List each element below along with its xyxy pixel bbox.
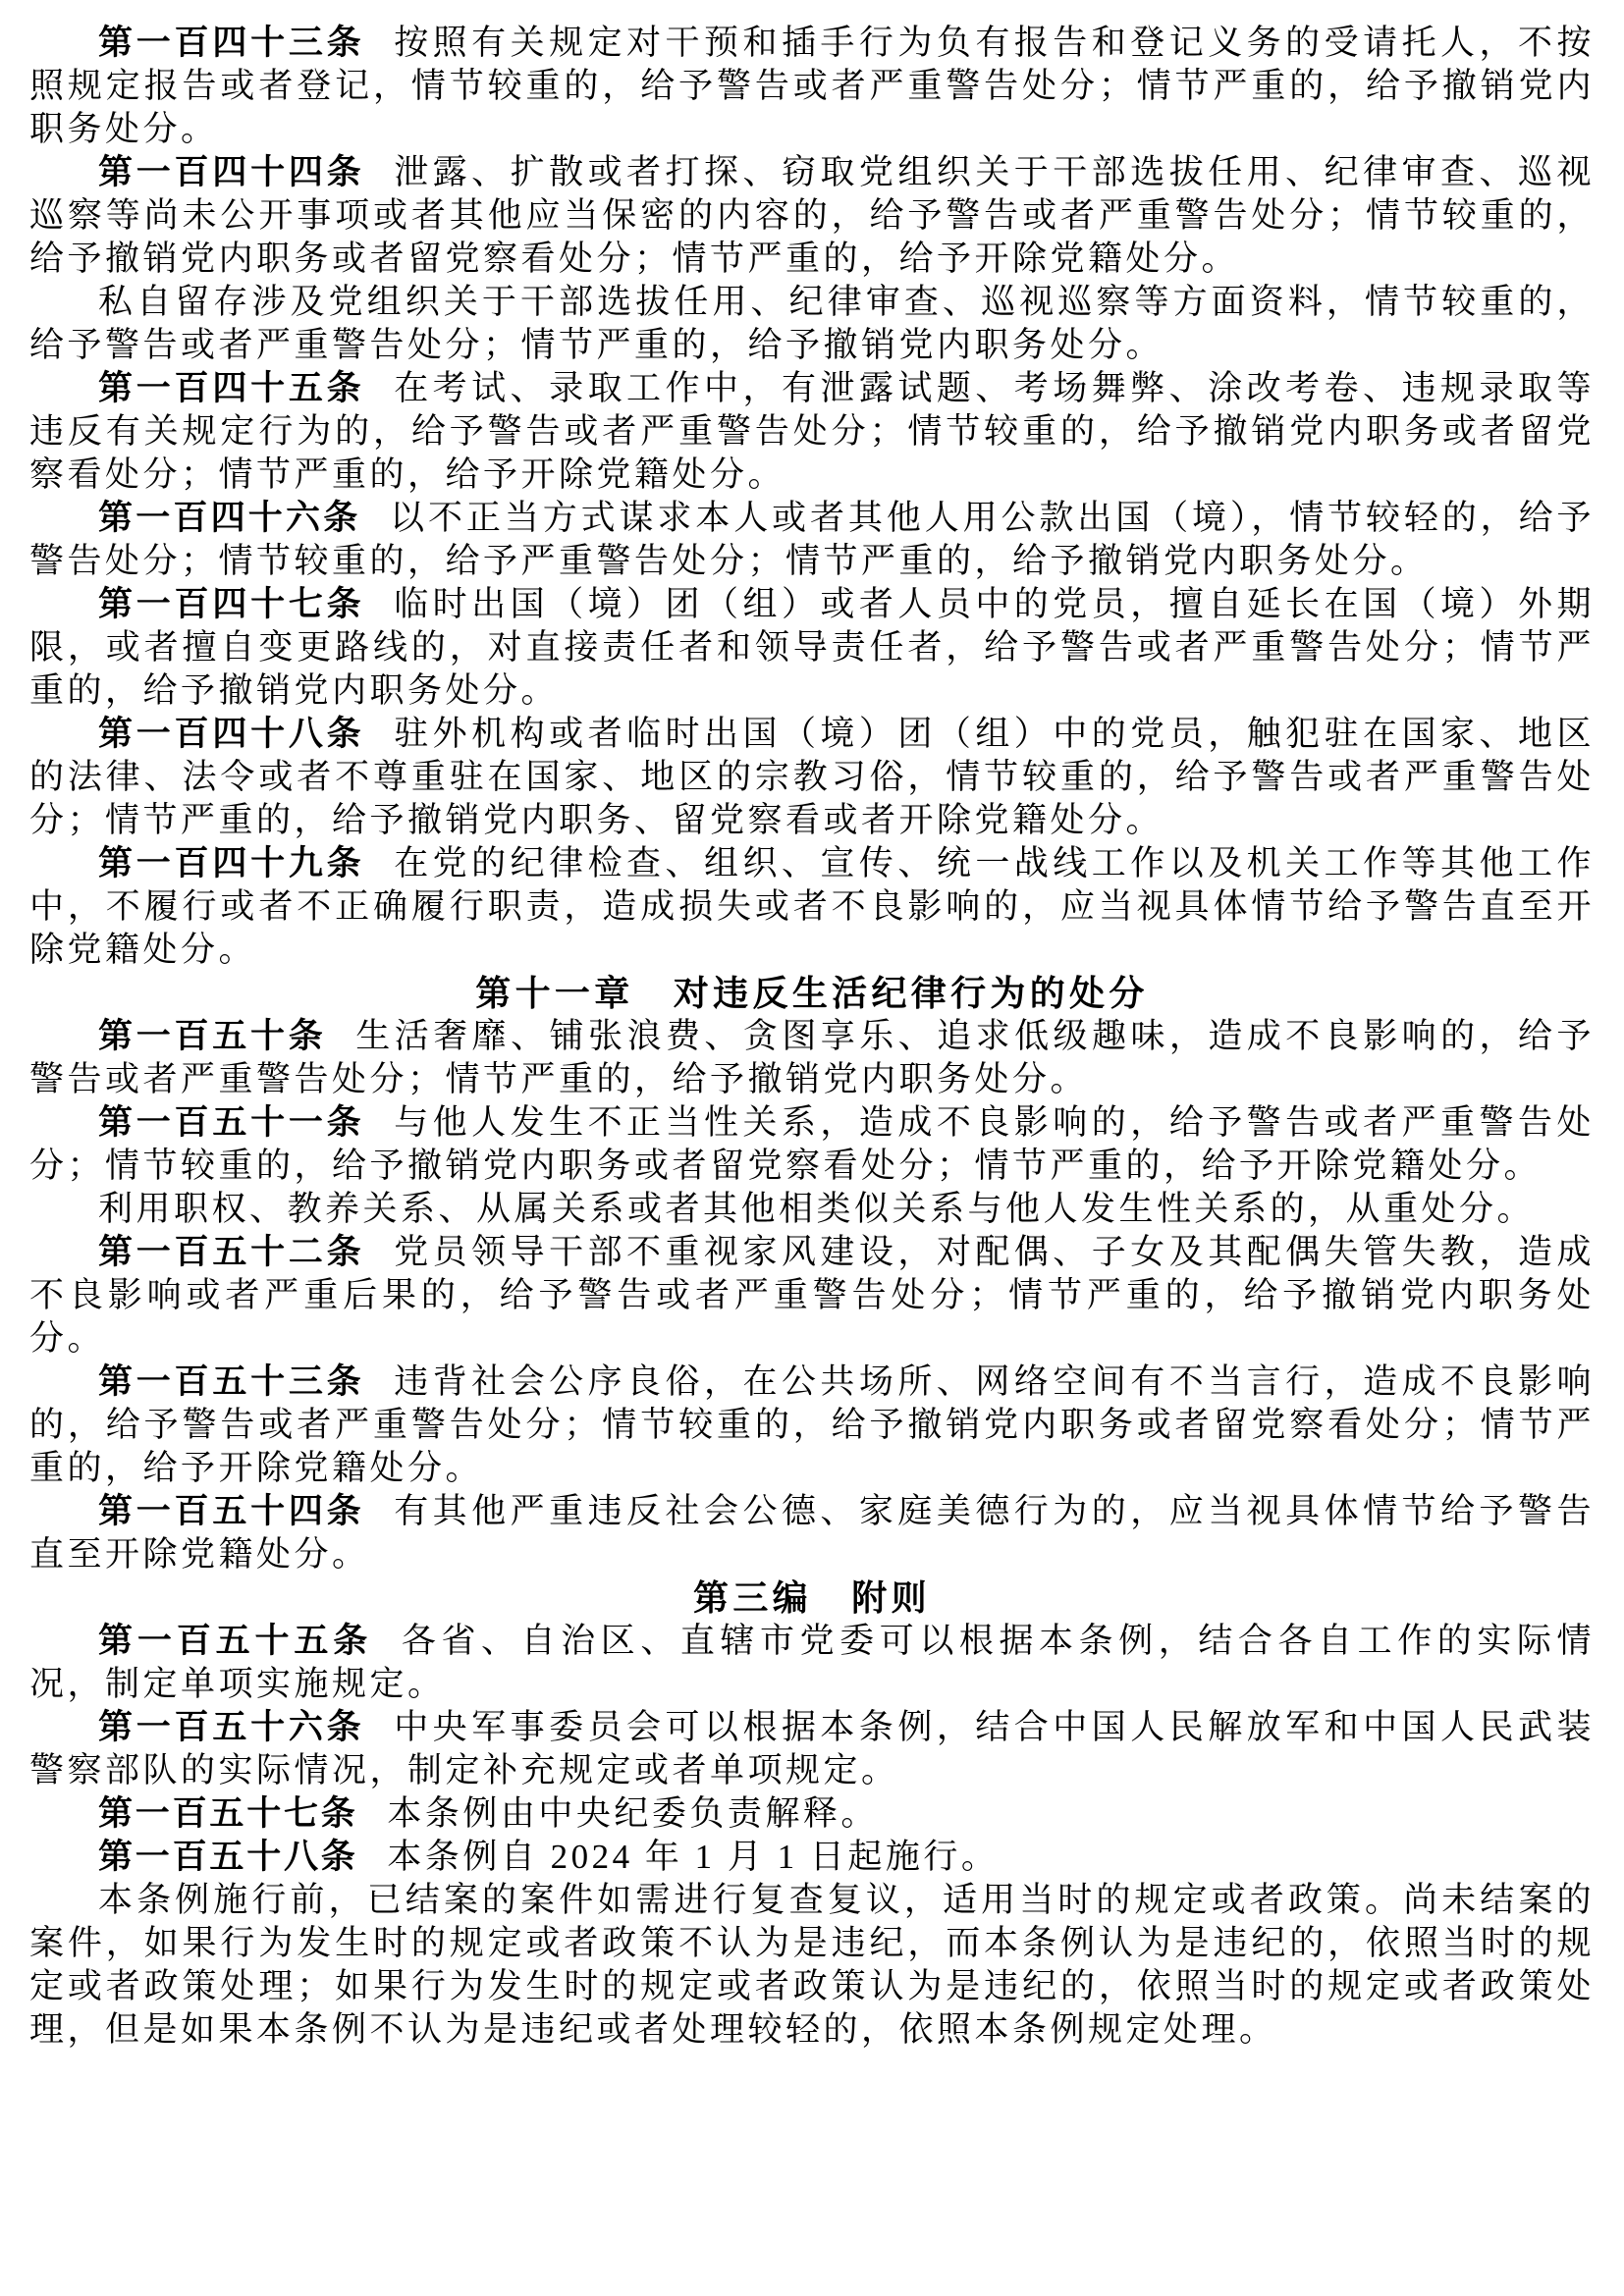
article-text: 本条例自 2024 年 1 月 1 日起施行。 (387, 1838, 999, 1876)
article-152: 第一百五十二条党员领导干部不重视家风建设，对配偶、子女及其配偶失管失教，造成不良… (29, 1231, 1595, 1361)
article-144: 第一百四十四条泄露、扩散或者打探、窃取党组织关于干部选拔任用、纪律审查、巡视巡察… (29, 151, 1595, 281)
part-3-heading: 第三编 附则 (29, 1576, 1595, 1620)
article-153: 第一百五十三条违背社会公序良俗，在公共场所、网络空间有不当言行，造成不良影响的，… (29, 1361, 1595, 1490)
article-number: 第一百四十四条 (98, 153, 364, 191)
article-144-para-2: 私自留存涉及党组织关于干部选拔任用、纪律审查、巡视巡察等方面资料，情节较重的，给… (29, 281, 1595, 367)
document-page: 第一百四十三条按照有关规定对干预和插手行为负有报告和登记义务的受请托人，不按照规… (0, 0, 1624, 2296)
article-number: 第一百四十五条 (98, 369, 364, 407)
article-157: 第一百五十七条本条例由中央纪委负责解释。 (29, 1792, 1595, 1836)
document-body: 第一百四十三条按照有关规定对干预和插手行为负有报告和登记义务的受请托人，不按照规… (29, 22, 1595, 2052)
article-145: 第一百四十五条在考试、录取工作中，有泄露试题、考场舞弊、涂改考卷、违规录取等违反… (29, 367, 1595, 497)
article-number: 第一百五十二条 (98, 1233, 364, 1271)
article-number: 第一百五十五条 (98, 1622, 372, 1660)
article-number: 第一百四十八条 (98, 715, 364, 753)
article-158: 第一百五十八条本条例自 2024 年 1 月 1 日起施行。 (29, 1836, 1595, 1879)
article-text: 本条例施行前，已结案的案件如需进行复查复议，适用当时的规定或者政策。尚未结案的案… (29, 1881, 1595, 2049)
article-158-para-2: 本条例施行前，已结案的案件如需进行复查复议，适用当时的规定或者政策。尚未结案的案… (29, 1879, 1595, 2052)
article-151: 第一百五十一条与他人发生不正当性关系，造成不良影响的，给予警告或者严重警告处分；… (29, 1101, 1595, 1188)
article-155: 第一百五十五条各省、自治区、直辖市党委可以根据本条例，结合各自工作的实际情况，制… (29, 1620, 1595, 1706)
article-147: 第一百四十七条临时出国（境）团（组）或者人员中的党员，擅自延长在国（境）外期限，… (29, 583, 1595, 713)
article-number: 第一百五十三条 (98, 1362, 364, 1401)
article-text: 本条例由中央纪委负责解释。 (387, 1794, 879, 1833)
article-number: 第一百四十三条 (98, 24, 364, 62)
article-number: 第一百四十七条 (98, 585, 364, 623)
article-150: 第一百五十条生活奢靡、铺张浪费、贪图享乐、追求低级趣味，造成不良影响的，给予警告… (29, 1015, 1595, 1101)
article-number: 第一百五十四条 (98, 1492, 364, 1530)
article-149: 第一百四十九条在党的纪律检查、组织、宣传、统一战线工作以及机关工作等其他工作中，… (29, 842, 1595, 972)
article-146: 第一百四十六条以不正当方式谋求本人或者其他人用公款出国（境），情节较轻的，给予警… (29, 497, 1595, 583)
chapter-11-heading: 第十一章 对违反生活纪律行为的处分 (29, 972, 1595, 1015)
article-154: 第一百五十四条有其他严重违反社会公德、家庭美德行为的，应当视具体情节给予警告直至… (29, 1490, 1595, 1576)
article-text: 利用职权、教养关系、从属关系或者其他相类似关系与他人发生性关系的，从重处分。 (98, 1190, 1535, 1228)
article-143: 第一百四十三条按照有关规定对干预和插手行为负有报告和登记义务的受请托人，不按照规… (29, 22, 1595, 151)
article-text: 私自留存涉及党组织关于干部选拔任用、纪律审查、巡视巡察等方面资料，情节较重的，给… (29, 283, 1595, 364)
article-number: 第一百五十七条 (98, 1794, 358, 1833)
article-156: 第一百五十六条中央军事委员会可以根据本条例，结合中国人民解放军和中国人民武装警察… (29, 1706, 1595, 1792)
article-number: 第一百四十六条 (98, 499, 360, 537)
article-number: 第一百四十九条 (98, 844, 364, 882)
article-148: 第一百四十八条驻外机构或者临时出国（境）团（组）中的党员，触犯驻在国家、地区的法… (29, 713, 1595, 842)
article-151-para-2: 利用职权、教养关系、从属关系或者其他相类似关系与他人发生性关系的，从重处分。 (29, 1188, 1595, 1231)
article-number: 第一百五十六条 (98, 1708, 364, 1746)
article-number: 第一百五十八条 (98, 1838, 358, 1876)
article-number: 第一百五十一条 (98, 1103, 364, 1142)
article-number: 第一百五十条 (98, 1017, 327, 1055)
